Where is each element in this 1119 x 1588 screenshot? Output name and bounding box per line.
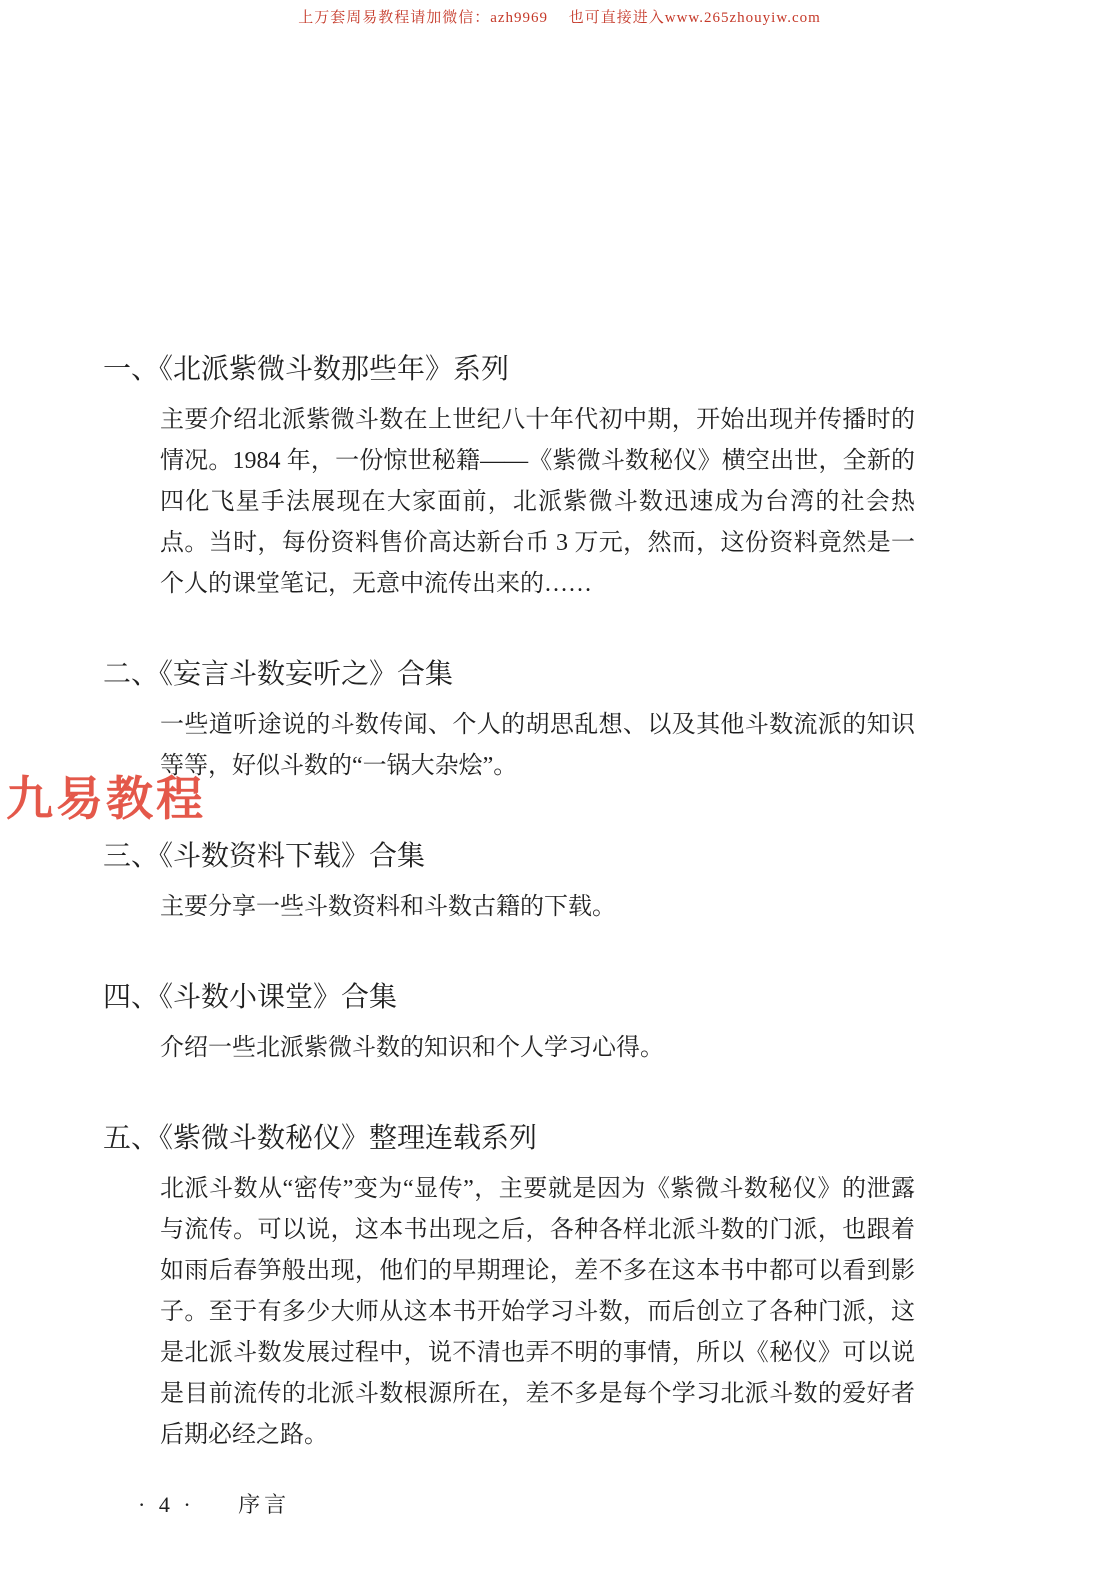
section-5-body: 北派斗数从“密传”变为“显传”，主要就是因为《紫微斗数秘仪》的泄露与流传。可以说… (160, 1169, 915, 1456)
watermark-text: 九易教程 (6, 762, 206, 829)
document-page: 上万套周易教程请加微信：azh9969 也可直接进入www.265zhouyiw… (0, 0, 1119, 1588)
footer-section-label: 序言 (238, 1492, 290, 1517)
section-4: 四、《斗数小课堂》合集 介绍一些北派紫微斗数的知识和个人学习心得。 (103, 978, 918, 1069)
section-1-body: 主要介绍北派紫微斗数在上世纪八十年代初中期，开始出现并传播时的情况。1984 年… (160, 400, 915, 605)
page-footer: · 4 · 序言 (138, 1488, 290, 1519)
page-content: 一、《北派紫微斗数那些年》系列 主要介绍北派紫微斗数在上世纪八十年代初中期，开始… (103, 350, 918, 1506)
section-1-heading: 一、《北派紫微斗数那些年》系列 (103, 350, 918, 390)
section-5-heading: 五、《紫微斗数秘仪》整理连载系列 (103, 1119, 918, 1159)
section-5: 五、《紫微斗数秘仪》整理连载系列 北派斗数从“密传”变为“显传”，主要就是因为《… (103, 1119, 918, 1456)
section-2-heading: 二、《妄言斗数妄听之》合集 (103, 655, 918, 695)
section-2-body: 一些道听途说的斗数传闻、个人的胡思乱想、以及其他斗数流派的知识等等，好似斗数的“… (160, 705, 915, 787)
section-3-body: 主要分享一些斗数资料和斗数古籍的下载。 (160, 887, 915, 928)
section-4-body: 介绍一些北派紫微斗数的知识和个人学习心得。 (160, 1028, 915, 1069)
section-1: 一、《北派紫微斗数那些年》系列 主要介绍北派紫微斗数在上世纪八十年代初中期，开始… (103, 350, 918, 605)
section-4-heading: 四、《斗数小课堂》合集 (103, 978, 918, 1018)
promo-header-note: 上万套周易教程请加微信：azh9969 也可直接进入www.265zhouyiw… (0, 6, 1119, 27)
page-number: · 4 · (138, 1492, 195, 1517)
section-2: 二、《妄言斗数妄听之》合集 一些道听途说的斗数传闻、个人的胡思乱想、以及其他斗数… (103, 655, 918, 787)
section-3: 三、《斗数资料下载》合集 主要分享一些斗数资料和斗数古籍的下载。 (103, 837, 918, 928)
section-3-heading: 三、《斗数资料下载》合集 (103, 837, 918, 877)
